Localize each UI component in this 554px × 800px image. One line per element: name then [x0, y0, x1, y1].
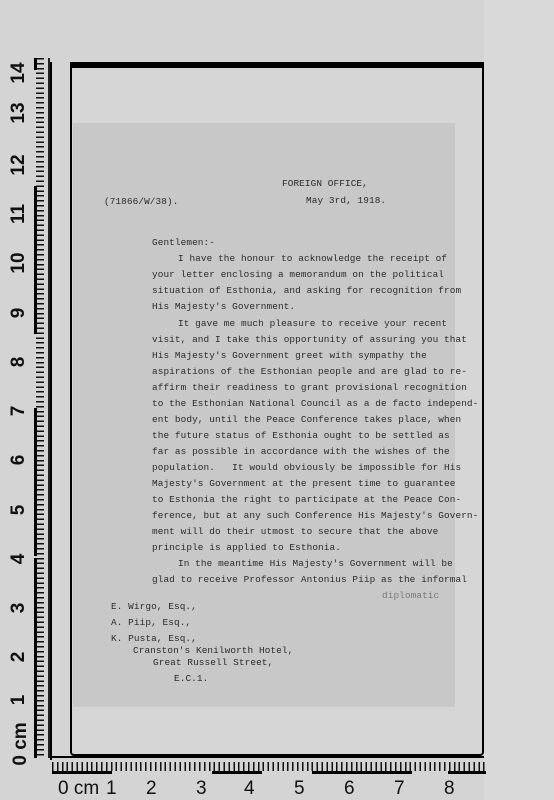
body-line: His Majesty's Government greet with symp…: [152, 350, 427, 361]
body-line: In the meantime His Majesty's Government…: [178, 558, 453, 569]
body-line: to the Esthonian National Council as a d…: [152, 398, 478, 409]
addressee: E. Wirgo, Esq.,: [111, 601, 197, 612]
address-line: E.C.1.: [174, 673, 208, 684]
body-line: ment will do their utmost to secure that…: [152, 526, 438, 537]
body-line: Majesty's Government at the present time…: [152, 478, 455, 489]
body-line: visit, and I take this opportunity of as…: [152, 334, 467, 345]
body-line: aspirations of the Esthonian people and …: [152, 366, 467, 377]
body-line: affirm their readiness to grant provisio…: [152, 382, 467, 393]
catchword: diplomatic: [382, 590, 439, 601]
body-line: the future status of Esthonia ought to b…: [152, 430, 450, 441]
body-line: your letter enclosing a memorandum on th…: [152, 269, 444, 280]
letterhead: FOREIGN OFFICE,: [282, 178, 368, 189]
salutation: Gentlemen:-: [152, 237, 215, 248]
addressee: K. Pusta, Esq.,: [111, 633, 197, 644]
body-line: His Majesty's Government.: [152, 301, 295, 312]
body-line: I have the honour to acknowledge the rec…: [178, 253, 447, 264]
body-line: situation of Esthonia, and asking for re…: [152, 285, 461, 296]
body-line: population. It would obviously be imposs…: [152, 462, 461, 473]
body-line: to Esthonia the right to participate at …: [152, 494, 461, 505]
body-line: It gave me much pleasure to receive your…: [178, 318, 447, 329]
reference-number: (71866/W/38).: [104, 196, 178, 207]
body-line: glad to receive Professor Antonius Piip …: [152, 574, 467, 585]
letter-date: May 3rd, 1918.: [306, 195, 386, 206]
letter: FOREIGN OFFICE, May 3rd, 1918. (71866/W/…: [0, 0, 554, 800]
addressee: A. Piip, Esq.,: [111, 617, 191, 628]
address-line: Cranston's Kenilworth Hotel,: [133, 645, 293, 656]
body-line: ent body, until the Peace Conference tak…: [152, 414, 461, 425]
body-line: principle is applied to Esthonia.: [152, 542, 341, 553]
address-line: Great Russell Street,: [153, 657, 273, 668]
body-line: ference, but at any such Conference His …: [152, 510, 478, 521]
body-line: far as possible in accordance with the w…: [152, 446, 450, 457]
